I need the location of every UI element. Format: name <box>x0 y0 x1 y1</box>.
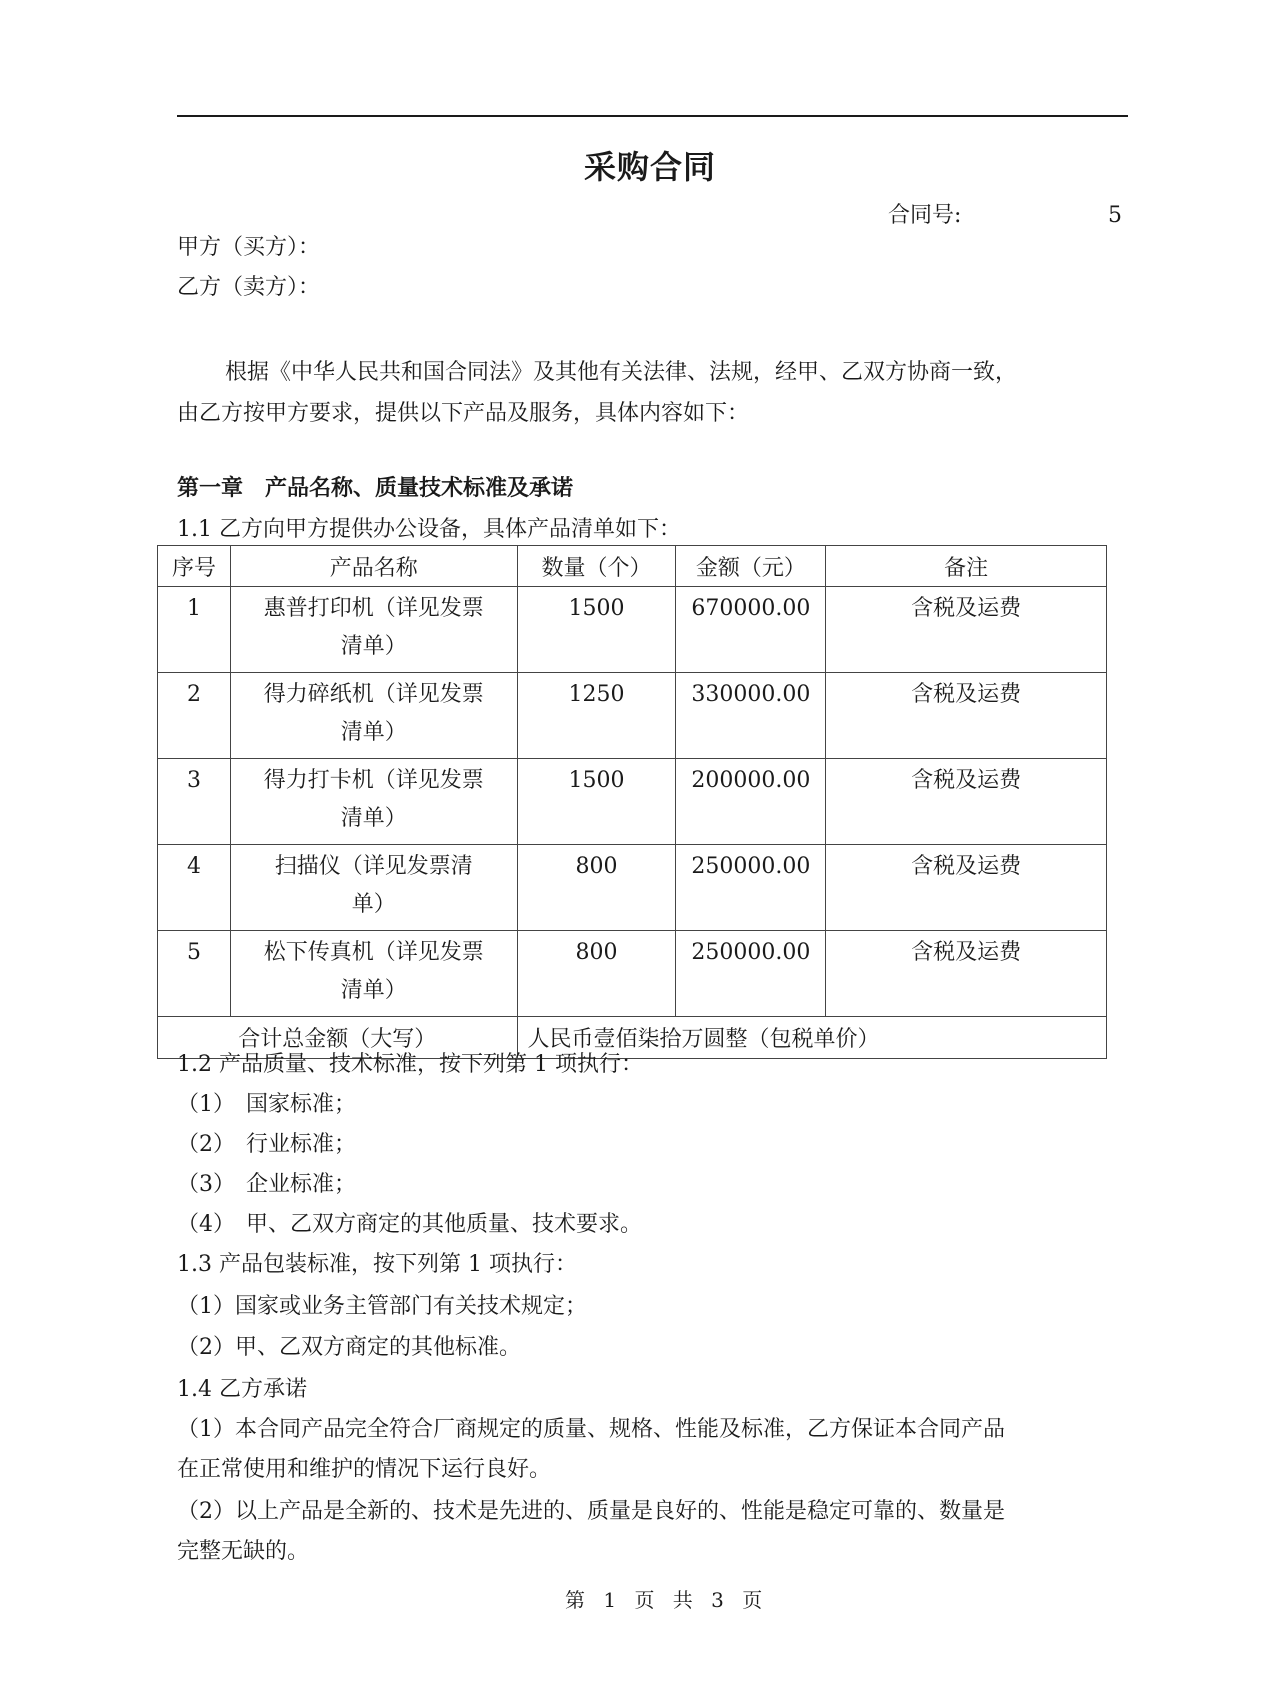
contract-no-value: 5 <box>1108 204 1122 228</box>
section-1-2-item: （1） 国家标准； <box>177 1093 356 1117</box>
cell-name-line2: 清单） <box>231 800 517 838</box>
cell-name-line2: 清单） <box>231 714 517 752</box>
cell-name-line1: 得力碎纸机（详见发票 <box>231 676 517 714</box>
table-row: 2 得力碎纸机（详见发票清单） 1250 330000.00 含税及运费 <box>158 673 1107 759</box>
cell-name-line1: 松下传真机（详见发票 <box>231 934 517 972</box>
section-1-2-item: （2） 行业标准； <box>177 1133 356 1157</box>
intro-paragraph-line1: 根据《中华人民共和国合同法》及其他有关法律、法规，经甲、乙双方协商一致， <box>225 361 1017 385</box>
section-1-2: 1.2 产品质量、技术标准，按下列第 1 项执行： <box>177 1053 643 1077</box>
section-1-2-item: （4） 甲、乙双方商定的其他质量、技术要求。 <box>177 1213 642 1237</box>
section-1-4-item1-line2: 在正常使用和维护的情况下运行良好。 <box>177 1458 551 1482</box>
cell-name-line2: 清单） <box>231 628 517 666</box>
header-qty: 数量（个） <box>517 546 676 587</box>
party-b-label: 乙方（卖方）： <box>177 276 320 300</box>
table-row: 4 扫描仪（详见发票清单） 800 250000.00 含税及运费 <box>158 845 1107 931</box>
cell-note: 含税及运费 <box>826 931 1107 1017</box>
cell-amount: 670000.00 <box>676 587 826 673</box>
table-row: 5 松下传真机（详见发票清单） 800 250000.00 含税及运费 <box>158 931 1107 1017</box>
cell-no: 4 <box>158 845 231 931</box>
cell-name: 得力碎纸机（详见发票清单） <box>230 673 517 759</box>
table-header-row: 序号 产品名称 数量（个） 金额（元） 备注 <box>158 546 1107 587</box>
cell-amount: 250000.00 <box>676 845 826 931</box>
cell-no: 2 <box>158 673 231 759</box>
cell-note: 含税及运费 <box>826 587 1107 673</box>
intro-paragraph-line2: 由乙方按甲方要求，提供以下产品及服务，具体内容如下： <box>177 402 749 426</box>
cell-amount: 330000.00 <box>676 673 826 759</box>
section-1-2-item: （3） 企业标准； <box>177 1173 356 1197</box>
section-1-3-item: （2）甲、乙双方商定的其他标准。 <box>177 1336 521 1360</box>
header-name: 产品名称 <box>230 546 517 587</box>
section-1-3: 1.3 产品包装标准，按下列第 1 项执行： <box>177 1253 577 1277</box>
section-1-4: 1.4 乙方承诺 <box>177 1378 307 1402</box>
cell-name-line1: 得力打卡机（详见发票 <box>231 762 517 800</box>
cell-name: 得力打卡机（详见发票清单） <box>230 759 517 845</box>
table-row: 1 惠普打印机（详见发票清单） 1500 670000.00 含税及运费 <box>158 587 1107 673</box>
cell-qty: 800 <box>517 845 676 931</box>
cell-note: 含税及运费 <box>826 673 1107 759</box>
header-no: 序号 <box>158 546 231 587</box>
cell-name-line1: 惠普打印机（详见发票 <box>231 590 517 628</box>
chapter-heading: 第一章 产品名称、质量技术标准及承诺 <box>177 476 573 500</box>
header-amount: 金额（元） <box>676 546 826 587</box>
cell-name: 松下传真机（详见发票清单） <box>230 931 517 1017</box>
cell-amount: 250000.00 <box>676 931 826 1017</box>
product-table: 序号 产品名称 数量（个） 金额（元） 备注 1 惠普打印机（详见发票清单） 1… <box>157 545 1107 1059</box>
cell-name-line2: 单） <box>231 886 517 924</box>
section-1-3-item: （1）国家或业务主管部门有关技术规定； <box>177 1295 587 1319</box>
contract-no-label: 合同号: <box>888 204 961 228</box>
cell-name-line2: 清单） <box>231 972 517 1010</box>
cell-name-line1: 扫描仪（详见发票清 <box>231 848 517 886</box>
cell-qty: 1500 <box>517 587 676 673</box>
section-1-1: 1.1 乙方向甲方提供办公设备，具体产品清单如下： <box>177 518 681 542</box>
section-1-4-item2-line1: （2）以上产品是全新的、技术是先进的、质量是良好的、性能是稳定可靠的、数量是 <box>177 1500 1005 1524</box>
cell-no: 5 <box>158 931 231 1017</box>
document-title: 采购合同 <box>0 142 1280 188</box>
page-footer: 第 1 页 共 3 页 <box>565 1584 768 1613</box>
cell-amount: 200000.00 <box>676 759 826 845</box>
cell-note: 含税及运费 <box>826 759 1107 845</box>
header-note: 备注 <box>826 546 1107 587</box>
section-1-4-item2-line2: 完整无缺的。 <box>177 1540 309 1564</box>
cell-note: 含税及运费 <box>826 845 1107 931</box>
cell-name: 扫描仪（详见发票清单） <box>230 845 517 931</box>
cell-qty: 1250 <box>517 673 676 759</box>
cell-no: 3 <box>158 759 231 845</box>
cell-no: 1 <box>158 587 231 673</box>
cell-qty: 800 <box>517 931 676 1017</box>
cell-name: 惠普打印机（详见发票清单） <box>230 587 517 673</box>
table-row: 3 得力打卡机（详见发票清单） 1500 200000.00 含税及运费 <box>158 759 1107 845</box>
party-a-label: 甲方（买方）： <box>177 236 320 260</box>
cell-qty: 1500 <box>517 759 676 845</box>
section-1-4-item1-line1: （1）本合同产品完全符合厂商规定的质量、规格、性能及标准，乙方保证本合同产品 <box>177 1418 1005 1442</box>
header-rule <box>177 115 1128 117</box>
